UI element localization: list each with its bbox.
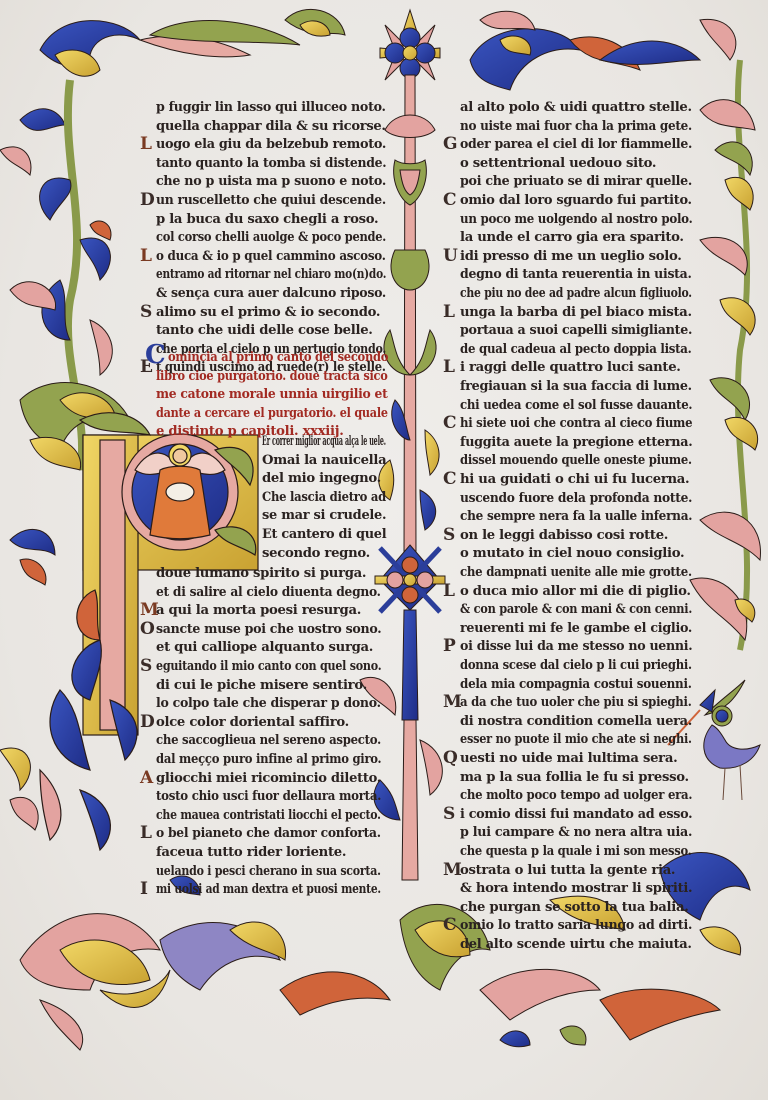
verse-line: poi che priuato se di mirar quelle. (460, 174, 692, 189)
verse-line: che dampnati uenite alle mie grotte. (460, 565, 692, 580)
verse-line: a da che tuo uoler che piu si spieghi. (460, 695, 691, 710)
verse-initial: U (443, 246, 458, 266)
verse-initial: G (443, 134, 458, 154)
verse-line: degno di tanta reuerentia in uista. (460, 267, 692, 282)
verse-line: reuerenti mi fe le gambe el ciglio. (460, 621, 692, 636)
verse-line: di cui le piche misere sentiro. (156, 678, 367, 693)
verse-line: faceua tutto rider loriente. (156, 845, 346, 860)
verse-line: che sempre nera fa la ualle inferna. (460, 509, 692, 524)
verse-line: & con parole & con mani & con cenni. (460, 602, 692, 617)
verse-line: che purgan se sotto la tua balia. (460, 900, 688, 915)
verse-line: un ruscelletto che quiui descende. (156, 193, 386, 208)
verse-line: donna scese dal cielo p li cui prieghi. (460, 658, 692, 673)
verse-line: tosto chio usci fuor dellaura morta. (156, 789, 381, 804)
verse-initial: M (443, 692, 462, 712)
verse-line: Et cantero di quel (262, 527, 386, 542)
verse-line: omio lo tratto saria lungo ad dirti. (460, 918, 692, 933)
rubric-initial-C: C (145, 340, 166, 370)
verse-line: tanto quanto la tomba si distende. (156, 156, 386, 171)
verse-initial: S (140, 656, 152, 676)
verse-initial: C (443, 413, 457, 433)
verse-line: o mutato in ciel nouo consiglio. (460, 546, 684, 561)
verse-line: ma p la sua follia le fu si presso. (460, 770, 689, 785)
verse-line: doue lumano spirito si purga. (156, 566, 366, 581)
verse-line: on le leggi dabisso cosi rotte. (460, 528, 668, 543)
verse-line: entramo ad ritornar nel chiaro mo(n)do. (156, 267, 386, 282)
verse-line: sancte muse poi che uostro sono. (156, 622, 381, 637)
verse-line: del mio ingegno. (262, 471, 381, 486)
verse-line: dante a cercare el purgatorio. el quale (156, 406, 388, 421)
verse-line: o bel pianeto che damor conforta. (156, 826, 381, 841)
verse-line: che questa p la quale i mi son messo. (460, 844, 691, 859)
verse-initial: P (443, 636, 456, 656)
right-border-vine (690, 60, 760, 650)
verse-line: & hora intendo mostrar li spiriti. (460, 881, 692, 896)
verse-line: lo colpo tale che disperar p dono. (156, 696, 381, 711)
verse-line: un poco me uolgendo al nostro polo. (460, 212, 692, 227)
verse-line: omincia al primo canto del secondo (168, 350, 388, 365)
verse-line: no uiste mai fuor cha la prima gete. (460, 119, 692, 134)
verse-initial: Q (443, 748, 458, 768)
verse-line: et di salire al cielo diuenta degno. (156, 585, 381, 600)
verse-initial: L (443, 357, 455, 377)
verse-line: secondo regno. (262, 546, 370, 561)
verse-initial: L (443, 581, 455, 601)
verse-initial: A (140, 768, 153, 788)
verse-line: oder parea el ciel di lor fiammelle. (460, 137, 692, 152)
verse-line: uesti no uide mai lultima sera. (460, 751, 677, 766)
verse-line: a qui la morta poesi resurga. (156, 603, 361, 618)
verse-line: che saccoglieua nel sereno aspecto. (156, 733, 381, 748)
verse-line: che piu no dee ad padre alcun figliuolo. (460, 286, 692, 301)
verse-line: alimo su el primo & io secondo. (156, 305, 380, 320)
verse-line: oi disse lui da me stesso no uenni. (460, 639, 692, 654)
verse-line: unga la barba di pel biaco mista. (460, 305, 692, 320)
verse-initial: L (443, 302, 455, 322)
verse-line: tanto che uidi delle cose belle. (156, 323, 373, 338)
verse-initial: O (140, 619, 155, 639)
top-right-acanthus (470, 11, 736, 90)
verse-line: olce color doriental saffiro. (156, 715, 349, 730)
verse-line: esser no puote il mio che ate si neghi. (460, 732, 692, 747)
verse-line: gliocchi miei ricomincio diletto. (156, 771, 381, 786)
verse-initial: L (140, 246, 152, 266)
verse-initial: L (140, 823, 152, 843)
verse-line: hi ua guidati o chi ui fu lucerna. (460, 472, 689, 487)
verse-line: hi siete uoi che contra al cieco fiume (460, 416, 692, 431)
verse-line: me catone morale unnia uirgilio et (156, 387, 387, 402)
verse-line: fuggita auete la pregione etterna. (460, 435, 692, 450)
verse-line: dal meçço puro infine al primo giro. (156, 752, 381, 767)
verse-line: idi presso di me un ueglio solo. (460, 249, 682, 264)
verse-line: del alto scende uirtu che maiuta. (460, 937, 692, 952)
verse-line: Er correr miglior acqua alça le uele. (262, 434, 386, 449)
verse-line: mi uolsi ad man dextra et puosi mente. (156, 882, 381, 897)
verse-initial: C (443, 915, 457, 935)
verse-line: di nostra condition comella uera. (460, 714, 692, 729)
verse-initial: S (443, 525, 455, 545)
verse-line: chi uedea come el sol fusse dauante. (460, 398, 692, 413)
verse-line: che mauea contristati liocchi el pecto. (156, 808, 381, 823)
verse-line: dela mia compagnia costui souenni. (460, 677, 692, 692)
verse-line: & sença cura auer dalcuno riposo. (156, 286, 386, 301)
verse-initial: D (140, 712, 155, 732)
verse-line: o settentrional uedouo sito. (460, 156, 656, 171)
verse-initial: C (443, 190, 457, 210)
verse-line: uscendo fuore dela profonda notte. (460, 491, 692, 506)
verse-line: libro cioe purgatorio. doue tracta sico (156, 369, 388, 384)
verse-line: o duca mio allor mi die di piglio. (460, 584, 691, 599)
verse-initial: D (140, 190, 155, 210)
verse-line: et qui calliope alquanto surga. (156, 640, 373, 655)
verse-initial: M (443, 860, 462, 880)
verse-initial: S (140, 302, 152, 322)
verse-line: eguitando il mio canto con quel sono. (156, 659, 381, 674)
verse-line: che no p uista ma p suono e noto. (156, 174, 386, 189)
verse-line: dissel mouendo quelle oneste piume. (460, 453, 692, 468)
verse-line: p lui campare & no nera altra uia. (460, 825, 692, 840)
verse-line: la unde el carro gia era sparito. (460, 230, 684, 245)
verse-line: col corso chelli auolge & poco pende. (156, 230, 386, 245)
verse-initial: S (443, 804, 455, 824)
verse-line: ostrata o lui tutta la gente ria. (460, 863, 675, 878)
verse-initial: C (443, 469, 457, 489)
verse-line: uogo ela giu da belzebub remoto. (156, 137, 386, 152)
verse-line: o duca & io p quel cammino ascoso. (156, 249, 386, 264)
verse-initial: L (140, 134, 152, 154)
verse-line: de qual cadeua al pecto doppia lista. (460, 342, 691, 357)
verse-line: quella chappar dila & su ricorse. (156, 119, 386, 134)
verse-line: omio dal loro sguardo fui partito. (460, 193, 692, 208)
verse-initial: I (140, 879, 148, 899)
verse-line: portaua a suoi capelli simigliante. (460, 323, 692, 338)
verse-line: p la buca du saxo chegli a roso. (156, 212, 378, 227)
verse-line: al alto polo & uidi quattro stelle. (460, 100, 692, 115)
verse-line: Omai la nauicella (262, 453, 386, 468)
verse-line: che molto poco tempo ad uolger era. (460, 788, 692, 803)
verse-line: fregiauan si la sua faccia di lume. (460, 379, 692, 394)
verse-line: p fuggir lin lasso qui illuceo noto. (156, 100, 386, 115)
verse-line: Che lascia dietro ad (262, 490, 386, 505)
verse-line: se mar si crudele. (262, 508, 386, 523)
verse-line: i raggi delle quattro luci sante. (460, 360, 681, 375)
top-rosette-ornament (380, 10, 440, 80)
verse-line: i comio dissi fui mandato ad esso. (460, 807, 692, 822)
verse-line: uelando i pesci cherano in sua scorta. (156, 864, 381, 879)
